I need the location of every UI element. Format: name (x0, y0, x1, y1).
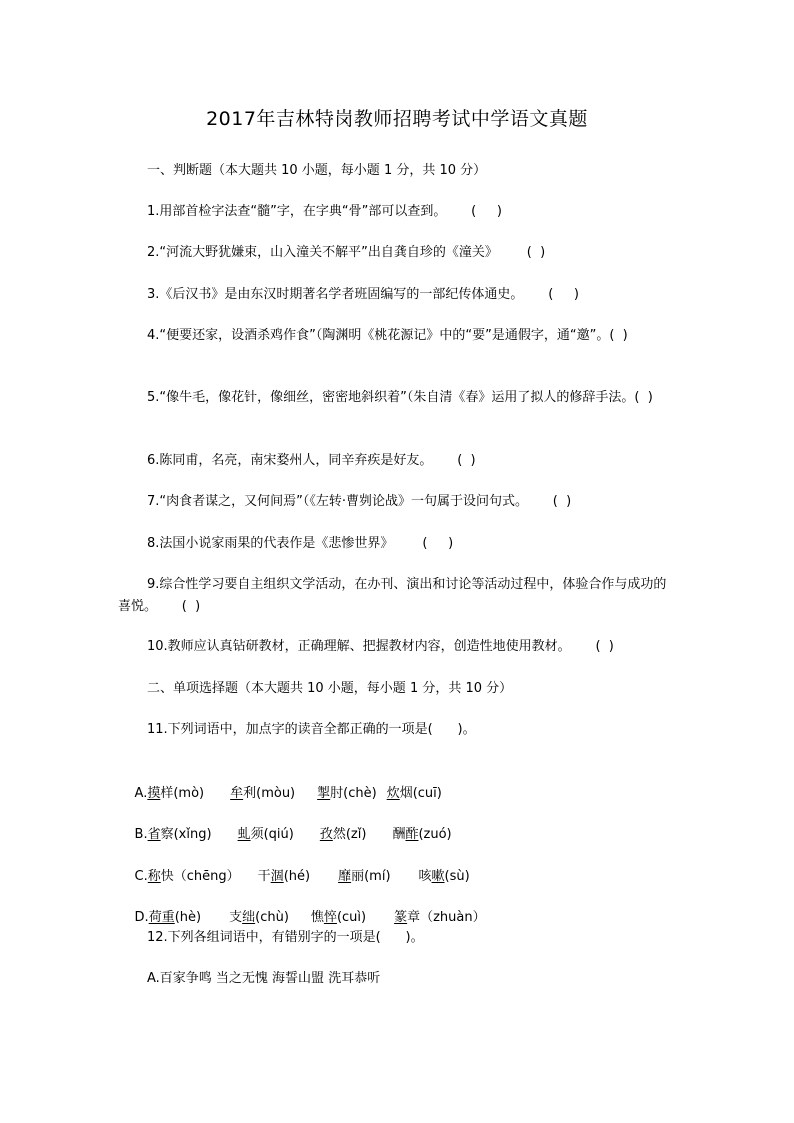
question-4: 4.“便要还家，设酒杀鸡作食”（陶渊明《桃花源记》中的“要”是通假字，通“邀”。… (118, 325, 678, 347)
question-5: 5.“像牛毛，像花针，像细丝，密密地斜织着”（朱自清《春》运用了拟人的修辞手法。… (118, 387, 678, 409)
question-6: 6.陈同甫，名亮，南宋婺州人，同辛弃疾是好友。 ( ) (118, 450, 678, 472)
question-2: 2.“河流大野犹嫌束，山入潼关不解平”出自龚自珍的《潼关》 ( ) (118, 242, 678, 264)
question-12-stem: 12.下列各组词语中，有错别字的一项是( )。 (118, 927, 678, 949)
question-12-option-a: A.百家争鸣 当之无愧 海誓山盟 洗耳恭听 (118, 968, 678, 990)
question-7: 7.“肉食者谋之，又何间焉”（《左转·曹刿论战》一句属于设问句式。 ( ) (118, 491, 678, 513)
document-page: 2017年吉林特岗教师招聘考试中学语文真题 一、判断题（本大题共 10 小题，每… (0, 0, 794, 1123)
question-10: 10.教师应认真钻研教材，正确理解、把握教材内容，创造性地使用教材。 ( ) (118, 636, 678, 658)
question-1: 1.用部首检字法查“髓”字，在字典“骨”部可以查到。 ( ) (118, 201, 678, 223)
question-11-stem: 11.下列词语中，加点字的读音全都正确的一项是( )。 (118, 719, 678, 741)
question-3: 3.《后汉书》是由东汉时期著名学者班固编写的一部纪传体通史。 ( ) (118, 284, 678, 306)
section2-heading: 二、单项选择题（本大题共 10 小题，每小题 1 分，共 10 分） (118, 678, 678, 700)
question-9: 9.综合性学习要自主组织文学活动，在办刊、演出和讨论等活动过程中，体验合作与成功… (118, 574, 678, 618)
document-title: 2017年吉林特岗教师招聘考试中学语文真题 (0, 104, 794, 131)
question-8: 8.法国小说家雨果的代表作是《悲惨世界》 ( ) (118, 533, 678, 555)
section1-heading: 一、判断题（本大题共 10 小题，每小题 1 分，共 10 分） (118, 160, 678, 182)
